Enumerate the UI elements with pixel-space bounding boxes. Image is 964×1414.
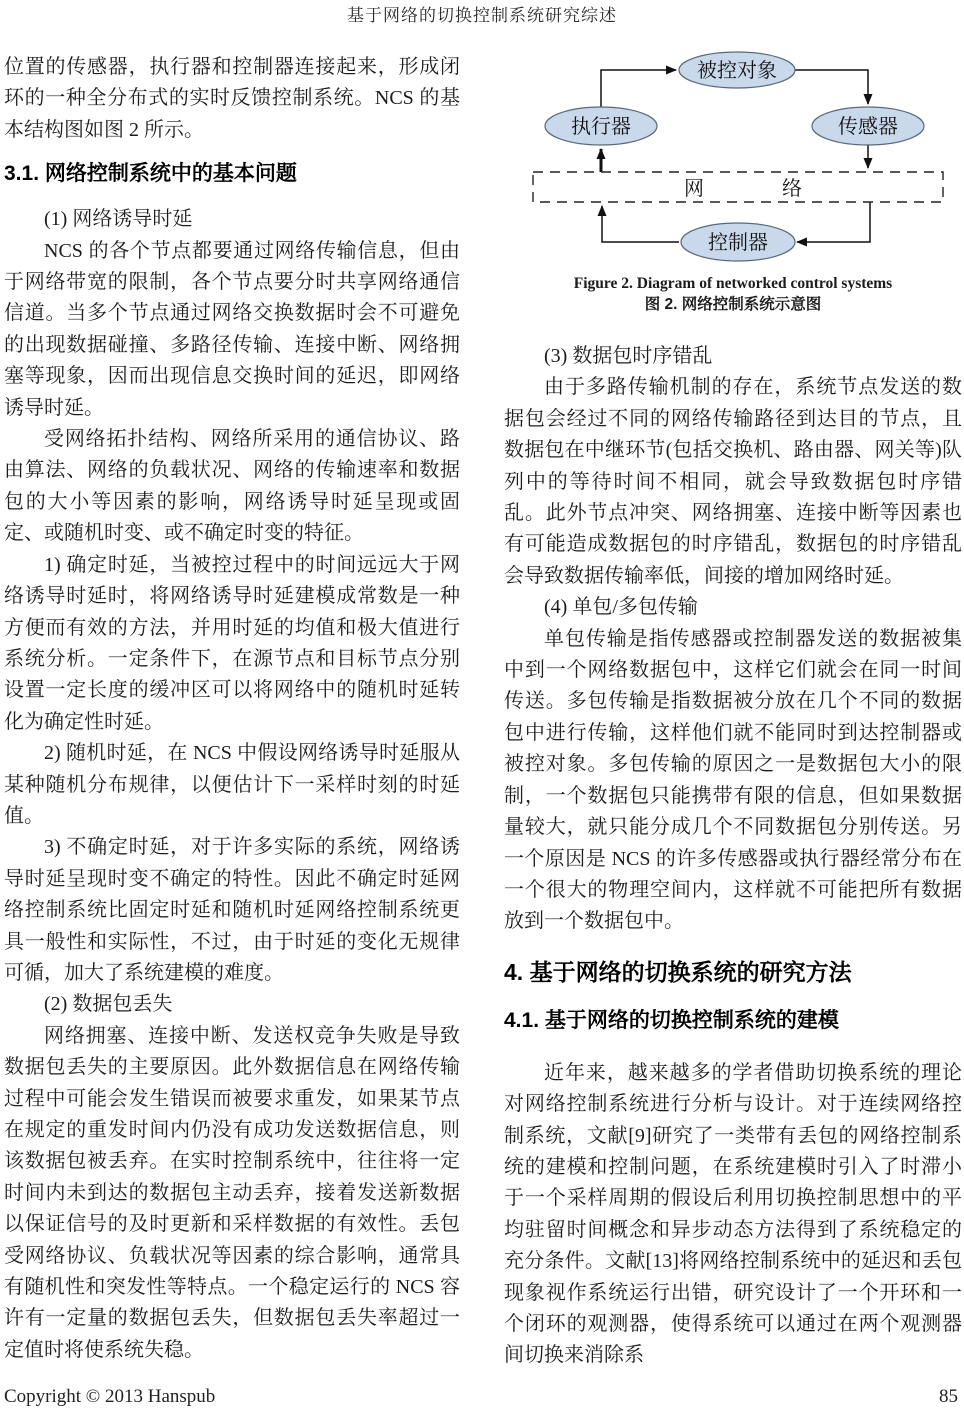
ncs-diagram: 网 络 被控对象 执行器 传感器 控制器 <box>504 46 962 268</box>
paper-page: 基于网络的切换控制系统研究综述 位置的传感器，执行器和控制器连接起来，形成闭环的… <box>0 0 964 1414</box>
arrow-plant-to-sensor <box>795 70 868 104</box>
paragraph-single-multi-packet: 单包传输是指传感器或控制器发送的数据被集中到一个网络数据包中，这样它们就会在同一… <box>504 624 962 938</box>
arrow-network-to-controller <box>797 202 870 242</box>
figure-2-caption-english: Figure 2. Diagram of networked control s… <box>504 274 962 294</box>
item-title-packet-loss: (2) 数据包丢失 <box>4 989 460 1020</box>
right-column: 网 络 被控对象 执行器 传感器 控制器 Figure 2. Diagram o… <box>504 46 962 1372</box>
network-box <box>533 172 943 202</box>
paragraph-modeling: 近年来，越来越多的学者借助切换系统的理论对网络控制系统进行分析与设计。对于连续网… <box>504 1058 962 1372</box>
arrow-controller-to-network <box>602 206 679 242</box>
section-heading-4: 4. 基于网络的切换系统的研究方法 <box>504 958 962 986</box>
network-label-left: 网 <box>684 178 704 200</box>
footer-page-number: 85 <box>939 1386 958 1408</box>
figure-2-caption-chinese: 图 2. 网络控制系统示意图 <box>504 294 962 315</box>
paragraph-intro-continuation: 位置的传感器，执行器和控制器连接起来，形成闭环的一种全分布式的实时反馈控制系统。… <box>4 52 460 146</box>
paragraph-uncertain-delay: 3) 不确定时延，对于许多实际的系统，网络诱导时延呈现时变不确定的特性。因此不确… <box>4 832 460 989</box>
page-footer: Copyright © 2013 Hanspub 85 <box>4 1386 958 1408</box>
paragraph-network-delay-2: 受网络拓扑结构、网络所采用的通信协议、路由算法、网络的负载状况、网络的传输速率和… <box>4 424 460 550</box>
controller-node-label: 控制器 <box>708 231 768 254</box>
plant-node-label: 被控对象 <box>697 59 777 82</box>
left-column: 位置的传感器，执行器和控制器连接起来，形成闭环的一种全分布式的实时反馈控制系统。… <box>4 52 460 1366</box>
paragraph-random-delay: 2) 随机时延，在 NCS 中假设网络诱导时延服从某种随机分布规律，以便估计下一… <box>4 738 460 832</box>
paragraph-packet-disorder: 由于多路传输机制的存在，系统节点发送的数据包会经过不同的网络传输路径到达目的节点… <box>504 372 962 592</box>
item-title-single-multi-packet: (4) 单包/多包传输 <box>504 592 962 623</box>
paragraph-fixed-delay: 1) 确定时延，当被控过程中的时间远远大于网络诱导时延时，将网络诱导时延建模成常… <box>4 550 460 738</box>
running-head-title: 基于网络的切换控制系统研究综述 <box>0 1 964 26</box>
network-label-right: 络 <box>782 177 802 200</box>
figure-2-diagram: 网 络 被控对象 执行器 传感器 控制器 Figure 2. Diagram o… <box>504 46 962 315</box>
section-heading-4-1: 4.1. 基于网络的切换控制系统的建模 <box>504 1008 962 1034</box>
item-title-network-delay: (1) 网络诱导时延 <box>4 204 460 235</box>
sensor-node-label: 传感器 <box>838 115 898 138</box>
actuator-node-label: 执行器 <box>571 115 631 138</box>
paragraph-network-delay-1: NCS 的各个节点都要通过网络传输信息，但由于网络带宽的限制，各个节点要分时共享… <box>4 236 460 424</box>
paragraph-packet-loss: 网络拥塞、连接中断、发送权竞争失败是导致数据包丢失的主要原因。此外数据信息在网络… <box>4 1021 460 1366</box>
figure-2-caption: Figure 2. Diagram of networked control s… <box>504 274 962 315</box>
section-heading-3-1: 3.1. 网络控制系统中的基本问题 <box>4 161 460 187</box>
item-title-packet-disorder: (3) 数据包时序错乱 <box>504 341 962 372</box>
arrow-actuator-to-plant <box>601 70 676 107</box>
footer-copyright: Copyright © 2013 Hanspub <box>4 1386 215 1408</box>
